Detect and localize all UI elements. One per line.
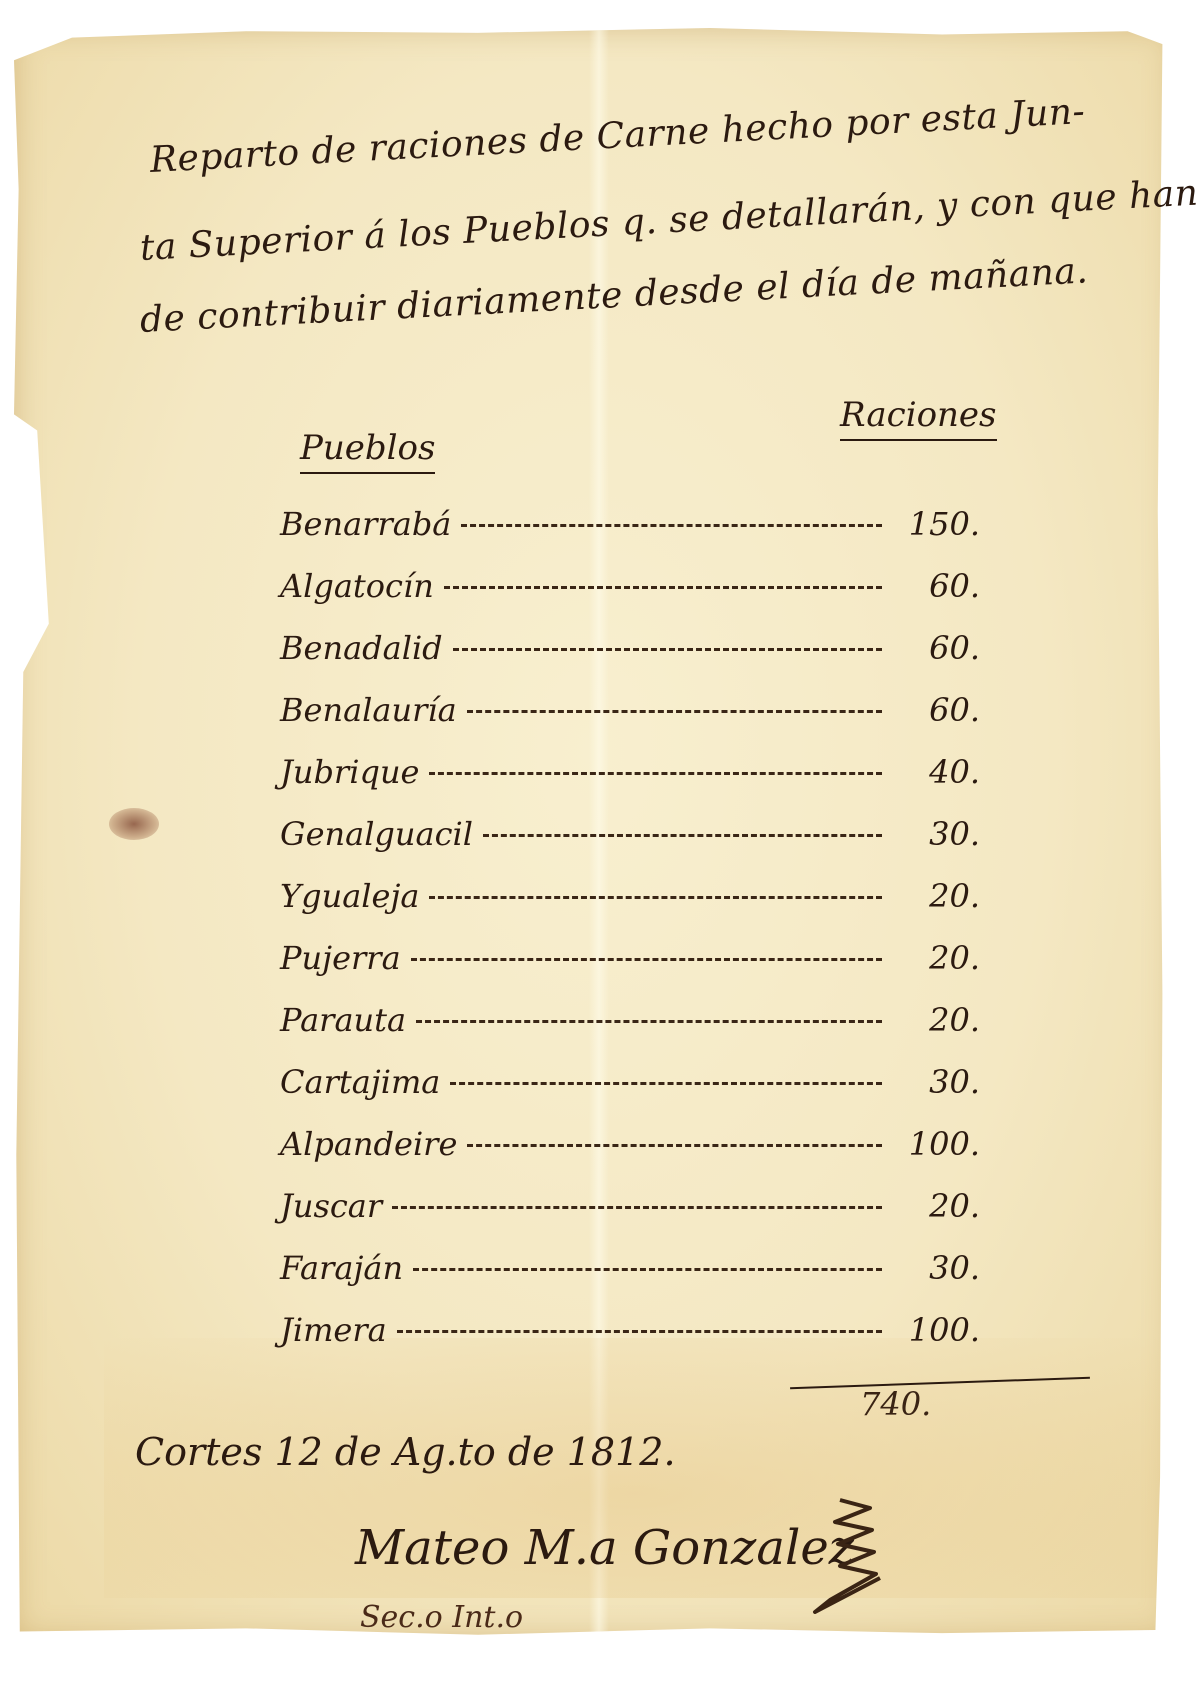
pueblo-name: Algatocín [280, 567, 434, 605]
signature-flourish-icon [810, 1490, 920, 1620]
raciones-value: 60. [892, 629, 980, 667]
dot-leader [453, 648, 882, 651]
dot-leader [450, 1082, 882, 1085]
raciones-value: 60. [892, 691, 980, 729]
raciones-value: 20. [892, 877, 980, 915]
dot-leader [461, 524, 882, 527]
dot-leader [397, 1330, 882, 1333]
table-row: Pujerra20. [280, 939, 980, 1001]
pueblo-name: Alpandeire [280, 1125, 457, 1163]
pueblo-name: Jubrique [280, 753, 419, 791]
pueblo-name: Genalguacil [280, 815, 473, 853]
pueblo-name: Jimera [280, 1311, 387, 1349]
dot-leader [411, 958, 882, 961]
raciones-value: 30. [892, 1063, 980, 1101]
raciones-value: 30. [892, 815, 980, 853]
raciones-value: 100. [892, 1125, 980, 1163]
table-row: Alpandeire100. [280, 1125, 980, 1187]
raciones-value: 20. [892, 1001, 980, 1039]
ink-blot [109, 808, 159, 840]
dateline: Cortes 12 de Ag.to de 1812. [135, 1430, 676, 1474]
pueblo-name: Ygualeja [280, 877, 419, 915]
table-row: Juscar20. [280, 1187, 980, 1249]
table-row: Benalauría60. [280, 691, 980, 753]
dot-leader [392, 1206, 882, 1209]
dot-leader [467, 710, 882, 713]
pueblo-name: Benalauría [280, 691, 457, 729]
signer-title: Sec.o Int.o [360, 1600, 523, 1635]
pueblo-name: Parauta [280, 1001, 406, 1039]
column-header-raciones: Raciones [840, 395, 997, 441]
table-row: Benarrabá150. [280, 505, 980, 567]
pueblo-name: Benadalid [280, 629, 443, 667]
table-row: Genalguacil30. [280, 815, 980, 877]
table-row: Cartajima30. [280, 1063, 980, 1125]
dot-leader [483, 834, 882, 837]
dot-leader [429, 896, 882, 899]
dot-leader [444, 586, 882, 589]
pueblo-name: Benarrabá [280, 505, 451, 543]
dot-leader [429, 772, 882, 775]
total-raciones: 740. [860, 1385, 931, 1423]
dot-leader [413, 1268, 882, 1271]
rations-table: Benarrabá150.Algatocín60.Benadalid60.Ben… [280, 505, 980, 1373]
raciones-value: 40. [892, 753, 980, 791]
pueblo-name: Faraján [280, 1249, 403, 1287]
table-row: Benadalid60. [280, 629, 980, 691]
signature: Mateo M.a Gonzalez [355, 1520, 854, 1576]
raciones-value: 60. [892, 567, 980, 605]
table-row: Jimera100. [280, 1311, 980, 1373]
table-row: Jubrique40. [280, 753, 980, 815]
raciones-value: 150. [892, 505, 980, 543]
pueblo-name: Juscar [280, 1187, 382, 1225]
dot-leader [467, 1144, 882, 1147]
table-row: Faraján30. [280, 1249, 980, 1311]
raciones-value: 20. [892, 1187, 980, 1225]
pueblo-name: Pujerra [280, 939, 401, 977]
table-row: Parauta20. [280, 1001, 980, 1063]
column-header-pueblos: Pueblos [300, 428, 435, 474]
raciones-value: 30. [892, 1249, 980, 1287]
raciones-value: 100. [892, 1311, 980, 1349]
table-row: Ygualeja20. [280, 877, 980, 939]
table-row: Algatocín60. [280, 567, 980, 629]
pueblo-name: Cartajima [280, 1063, 440, 1101]
dot-leader [416, 1020, 882, 1023]
raciones-value: 20. [892, 939, 980, 977]
